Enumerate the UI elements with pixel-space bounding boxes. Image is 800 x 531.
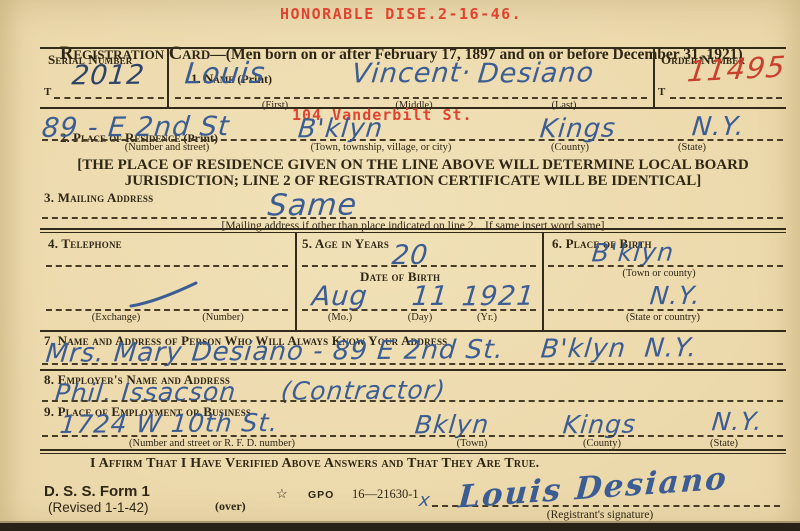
birth-town-value: B'klyn bbox=[591, 238, 676, 268]
registration-card: HONORABLE DISE.2-16-46. Registration Car… bbox=[0, 0, 800, 531]
discharge-stamp: HONORABLE DISE.2-16-46. bbox=[280, 5, 522, 23]
star-icon: ☆ bbox=[276, 486, 288, 502]
employer-value: Phil. Issacson (Contractor) bbox=[53, 375, 447, 407]
dob-line bbox=[302, 309, 536, 311]
first-sublabel: (First) bbox=[262, 100, 288, 111]
serial-t-prefix: T bbox=[44, 86, 52, 98]
notice-line-1: [THE PLACE OF RESIDENCE GIVEN ON THE LIN… bbox=[40, 157, 786, 174]
birth-state-line bbox=[548, 309, 783, 311]
telephone-label: 4. Telephone bbox=[48, 236, 122, 252]
employer-line bbox=[42, 400, 783, 402]
dob-year-value: 1921 bbox=[460, 281, 536, 313]
employment-county-sublabel: (County) bbox=[583, 438, 621, 449]
month-sublabel: (Mo.) bbox=[328, 312, 352, 323]
name-line bbox=[175, 97, 647, 99]
birth-town-line bbox=[548, 265, 783, 267]
divider bbox=[40, 449, 786, 454]
birth-state-value: N.Y. bbox=[649, 281, 702, 310]
order-number-value: 11495 bbox=[686, 49, 788, 88]
residence-state-value: N.Y. bbox=[691, 112, 746, 142]
employment-line bbox=[42, 435, 783, 437]
name-last-value: Desiano bbox=[476, 57, 595, 89]
residence-street-sublabel: (Number and street) bbox=[125, 142, 210, 153]
notice-line-2: JURISDICTION; LINE 2 OF REGISTRATION CER… bbox=[40, 173, 786, 190]
residence-town-value: B'klyn bbox=[297, 114, 385, 145]
scan-edge bbox=[0, 523, 800, 531]
gpo-mark: GPO bbox=[308, 489, 334, 501]
signature-x-mark: x bbox=[418, 490, 432, 511]
name-first-value: Louis bbox=[183, 56, 267, 91]
form-number: D. S. S. Form 1 bbox=[44, 483, 150, 500]
number-sublabel: (Number) bbox=[202, 312, 243, 323]
affirmation-text: I Affirm That I Have Verified Above Answ… bbox=[90, 456, 539, 472]
mailing-address-label: 3. Mailing Address bbox=[44, 190, 153, 206]
signature-sublabel: (Registrant's signature) bbox=[547, 509, 654, 521]
form-revision: (Revised 1-1-42) bbox=[48, 500, 149, 515]
last-sublabel: (Last) bbox=[551, 100, 576, 111]
residence-county-value: Kings bbox=[539, 114, 618, 145]
day-sublabel: (Day) bbox=[408, 312, 433, 323]
residence-street-value: 89 - E 2nd St bbox=[40, 111, 231, 144]
employment-state-sublabel: (State) bbox=[710, 438, 738, 449]
divider bbox=[167, 48, 169, 108]
telephone-line-2 bbox=[46, 309, 288, 311]
divider bbox=[40, 330, 786, 332]
residence-county-sublabel: (County) bbox=[551, 142, 589, 153]
divider bbox=[653, 48, 655, 108]
over-note: (over) bbox=[215, 499, 246, 514]
age-label: 5. Age in Years bbox=[302, 236, 389, 252]
employment-street-sublabel: (Number and street or R. F. D. number) bbox=[129, 438, 295, 449]
handwritten-checkmark bbox=[128, 280, 200, 308]
residence-state-sublabel: (State) bbox=[678, 142, 706, 153]
contact-person-line bbox=[42, 363, 783, 365]
age-line bbox=[302, 265, 536, 267]
telephone-line-1 bbox=[46, 265, 288, 267]
divider bbox=[542, 233, 544, 331]
divider bbox=[40, 47, 786, 49]
birth-town-sublabel: (Town or county) bbox=[622, 268, 695, 279]
dob-day-value: 11 bbox=[410, 281, 449, 312]
order-t-prefix: T bbox=[658, 86, 666, 98]
mailing-line bbox=[42, 217, 783, 219]
serial-number-line bbox=[54, 97, 164, 99]
exchange-sublabel: (Exchange) bbox=[92, 312, 140, 323]
birth-state-sublabel: (State or country) bbox=[626, 312, 700, 323]
serial-number-value: 2012 bbox=[70, 60, 146, 92]
residence-town-sublabel: (Town, township, village, or city) bbox=[311, 142, 452, 153]
employment-state-value: N.Y. bbox=[711, 407, 764, 436]
print-code: 16—21630-1 bbox=[352, 487, 419, 502]
name-middle-value: Vincent· bbox=[350, 57, 472, 89]
dob-month-value: Aug bbox=[310, 281, 369, 312]
divider bbox=[40, 369, 786, 371]
divider bbox=[40, 228, 786, 233]
divider bbox=[295, 233, 297, 331]
employment-town-sublabel: (Town) bbox=[457, 438, 488, 449]
order-number-line bbox=[670, 97, 782, 99]
year-sublabel: (Yr.) bbox=[477, 312, 497, 323]
